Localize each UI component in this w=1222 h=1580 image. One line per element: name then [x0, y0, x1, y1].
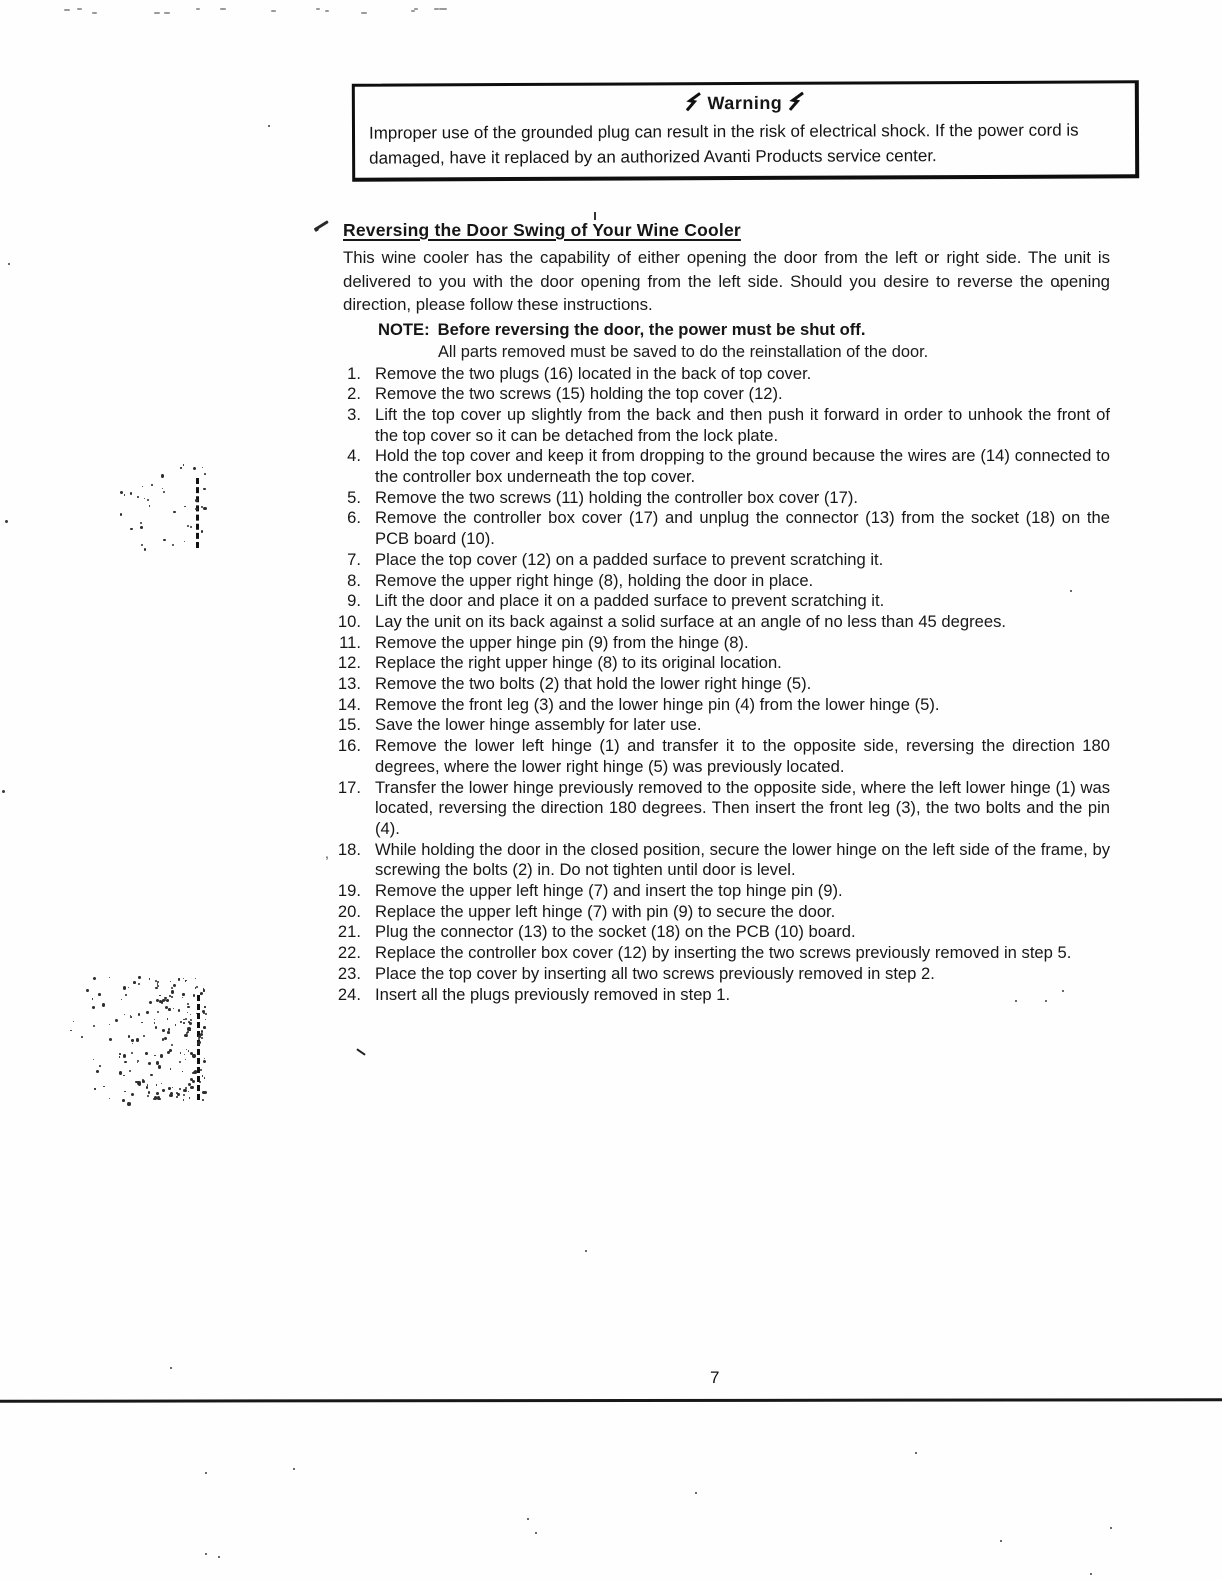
scan-speck	[183, 464, 184, 465]
scan-speck	[151, 484, 153, 486]
scan-speck	[203, 990, 205, 992]
scan-speck	[81, 1036, 83, 1038]
scan-speck	[185, 1059, 186, 1060]
scan-speck	[190, 1014, 191, 1015]
step-number: 1.	[337, 364, 361, 385]
scan-speck	[159, 1000, 162, 1003]
scan-speck	[165, 1006, 168, 1009]
scan-speck	[158, 1065, 161, 1068]
scan-speck	[135, 1081, 138, 1084]
scan-speck	[1090, 1573, 1092, 1575]
instruction-step: 19.Remove the upper left hinge (7) and i…	[337, 881, 1110, 902]
scan-speck	[190, 1086, 193, 1089]
scan-speck	[92, 998, 94, 1000]
warning-title: Warning	[355, 89, 1135, 116]
scan-speck	[168, 1087, 171, 1090]
scan-speck	[189, 1022, 192, 1025]
scan-speck	[155, 980, 157, 982]
scan-speck	[129, 1070, 131, 1072]
scan-speck	[183, 1089, 187, 1093]
scan-speck	[157, 981, 160, 984]
scan-speck	[195, 508, 198, 511]
scan-speck	[202, 1010, 205, 1013]
scan-speck	[73, 1021, 74, 1022]
scan-speck	[147, 1095, 149, 1097]
scan-speck	[137, 496, 139, 498]
scan-speck	[176, 1092, 178, 1094]
scan-speck	[193, 467, 196, 470]
scan-speck	[199, 1081, 201, 1083]
step-text: Remove the front leg (3) and the lower h…	[375, 695, 1110, 716]
scan-speck	[109, 977, 110, 978]
section-heading: Reversing the Door Swing of Your Wine Co…	[343, 220, 741, 241]
scan-dash	[271, 10, 277, 12]
step-text: Place the top cover by inserting all two…	[375, 964, 1110, 985]
scan-speck	[188, 1021, 190, 1023]
step-text: Plug the connector (13) to the socket (1…	[375, 922, 1110, 943]
scan-speck	[115, 1019, 118, 1022]
scan-speck	[194, 1070, 197, 1073]
scan-speck	[186, 1049, 187, 1050]
instruction-step: 11.Remove the upper hinge pin (9) from t…	[337, 633, 1110, 654]
scan-dash	[154, 12, 161, 14]
scan-speck	[171, 1044, 173, 1046]
section-reversing-door: Reversing the Door Swing of Your Wine Co…	[343, 220, 1110, 1005]
scan-speck	[184, 506, 186, 508]
scan-speck	[169, 1094, 172, 1097]
note-text: Before reversing the door, the power mus…	[438, 320, 866, 339]
scan-speck	[86, 989, 89, 992]
scan-dash	[164, 12, 170, 14]
step-number: 10.	[337, 612, 361, 633]
step-text: Replace the upper left hinge (7) with pi…	[375, 902, 1110, 923]
scan-speck	[159, 995, 161, 997]
scan-speck	[204, 1058, 205, 1059]
scan-speck	[182, 997, 183, 998]
instruction-step: 14.Remove the front leg (3) and the lowe…	[337, 695, 1110, 716]
scan-speck	[168, 1008, 171, 1011]
scan-speck	[137, 1062, 138, 1063]
scan-speck	[188, 1050, 190, 1052]
scan-speck	[166, 999, 169, 1002]
scan-speck	[131, 1039, 133, 1041]
scan-speck	[162, 1038, 165, 1041]
scan-speck	[132, 1043, 133, 1044]
scan-speck	[5, 520, 8, 523]
scan-dash	[64, 9, 69, 11]
scan-speck	[183, 1094, 185, 1096]
step-number: 2.	[337, 384, 361, 405]
scan-speck	[154, 1019, 155, 1020]
scan-speck	[185, 1087, 187, 1089]
scan-speck	[185, 980, 187, 982]
scan-speck	[140, 526, 143, 529]
scan-speck	[102, 1003, 106, 1007]
scan-speck	[136, 1038, 139, 1041]
step-text: Replace the right upper hinge (8) to its…	[375, 653, 1110, 674]
scan-speck	[203, 507, 206, 510]
scan-speck	[198, 1035, 201, 1038]
scan-speck	[94, 1088, 95, 1089]
scan-dash	[414, 8, 418, 10]
scan-speck	[133, 981, 136, 984]
step-number: 14.	[337, 695, 361, 716]
scan-speck	[203, 1012, 205, 1014]
step-text: Hold the top cover and keep it from drop…	[375, 446, 1110, 487]
step-number: 21.	[337, 922, 361, 943]
scan-speck	[96, 1070, 99, 1073]
scan-speck	[204, 1091, 207, 1094]
scan-speck	[202, 467, 203, 468]
step-number: 19.	[337, 881, 361, 902]
scan-speck	[147, 1084, 148, 1085]
scan-speck	[198, 1038, 200, 1040]
scan-stroke-mark	[356, 1048, 365, 1055]
instruction-step: 22.Replace the controller box cover (12)…	[337, 943, 1110, 964]
step-text: Replace the controller box cover (12) by…	[375, 943, 1110, 964]
scan-speck	[201, 530, 203, 532]
scan-speck	[167, 1018, 169, 1020]
scan-speck	[99, 1065, 101, 1067]
step-text: Remove the controller box cover (17) and…	[375, 508, 1110, 549]
scan-fold-line	[197, 995, 203, 1100]
step-number: 18.	[337, 840, 361, 881]
scan-tick-mark	[314, 220, 328, 230]
scan-speck	[157, 1011, 159, 1013]
scan-speck	[178, 1009, 181, 1012]
scan-speck	[120, 513, 122, 515]
scan-speck	[146, 1011, 149, 1014]
scan-speck	[164, 997, 167, 1000]
scan-speck	[196, 1013, 197, 1014]
instruction-step: 10.Lay the unit on its back against a so…	[337, 612, 1110, 633]
step-text: Transfer the lower hinge previously remo…	[375, 778, 1110, 840]
scan-speck	[157, 1096, 160, 1099]
scan-speck	[156, 1092, 159, 1095]
scan-speck	[162, 999, 165, 1002]
scan-speck	[203, 1026, 206, 1029]
scan-speck	[205, 1472, 207, 1474]
scan-speck	[137, 1060, 139, 1062]
scan-speck	[182, 1071, 183, 1072]
scan-speck	[195, 978, 196, 979]
scan-speck	[293, 1468, 295, 1470]
scan-speck	[193, 1071, 197, 1075]
scan-speck	[163, 539, 166, 542]
step-number: 23.	[337, 964, 361, 985]
scan-speck	[161, 1083, 162, 1084]
scan-speck	[131, 1093, 134, 1096]
note-line: NOTE:Before reversing the door, the powe…	[378, 320, 1110, 340]
scan-speck	[202, 1099, 204, 1101]
scan-speck	[119, 1056, 120, 1057]
scan-speck	[147, 499, 150, 502]
scan-speck	[124, 494, 126, 496]
scan-speck	[140, 522, 142, 524]
scan-speck	[202, 1091, 205, 1094]
step-number: 5.	[337, 488, 361, 509]
step-text: Lift the top cover up slightly from the …	[375, 405, 1110, 446]
scan-speck	[172, 544, 174, 546]
instruction-step: 17.Transfer the lower hinge previously r…	[337, 778, 1110, 840]
scan-speck	[184, 1054, 185, 1055]
scan-dash	[439, 8, 443, 10]
scan-speck	[156, 1084, 157, 1085]
scan-speck	[2, 790, 5, 793]
scan-speck	[184, 541, 186, 543]
scan-speck	[123, 986, 126, 989]
scan-speck	[175, 1024, 176, 1025]
scan-speck	[200, 1069, 202, 1071]
step-number: 17.	[337, 778, 361, 840]
scan-speck	[127, 1102, 130, 1105]
scan-speck	[121, 999, 122, 1000]
scan-comma-mark: ,	[325, 845, 329, 861]
lightning-bolt-icon	[789, 92, 804, 116]
scan-speck	[218, 1556, 220, 1558]
scan-speck	[173, 511, 175, 513]
scan-speck	[119, 1053, 121, 1055]
scan-speck	[70, 1030, 72, 1032]
scan-caret-mark	[594, 212, 596, 220]
scan-speck	[187, 1031, 189, 1033]
scan-speck	[130, 492, 133, 495]
scan-speck	[98, 993, 101, 996]
scan-speck	[138, 983, 140, 985]
scan-speck	[205, 1013, 207, 1015]
instruction-step: 12.Replace the right upper hinge (8) to …	[337, 653, 1110, 674]
scan-speck	[197, 1042, 200, 1045]
scan-speck	[146, 1086, 148, 1088]
scan-speck	[143, 1035, 146, 1038]
scan-speck	[194, 1071, 197, 1074]
scan-speck	[157, 983, 158, 984]
instruction-step: 2.Remove the two screws (15) holding the…	[337, 384, 1110, 405]
scan-speck	[190, 1078, 194, 1082]
scan-speck	[162, 488, 164, 490]
scan-speck	[178, 978, 181, 981]
step-number: 7.	[337, 550, 361, 571]
scan-speck	[142, 1080, 145, 1083]
scan-speck	[184, 1034, 187, 1037]
step-number: 20.	[337, 902, 361, 923]
scan-dash	[77, 8, 82, 10]
instruction-step: 4.Hold the top cover and keep it from dr…	[337, 446, 1110, 487]
instruction-step: 8.Remove the upper right hinge (8), hold…	[337, 571, 1110, 592]
scan-speck	[163, 491, 165, 493]
step-text: Remove the upper right hinge (8), holdin…	[375, 571, 1110, 592]
step-text: Lift the door and place it on a padded s…	[375, 591, 1110, 612]
scan-speck	[122, 1099, 125, 1102]
instruction-step: 3.Lift the top cover up slightly from th…	[337, 405, 1110, 446]
step-number: 24.	[337, 985, 361, 1006]
scan-speck	[154, 1055, 155, 1056]
scan-speck	[695, 1492, 697, 1494]
scan-speck	[128, 987, 129, 988]
instruction-step: 9.Lift the door and place it on a padded…	[337, 591, 1110, 612]
scan-speck	[201, 1030, 203, 1032]
step-number: 6.	[337, 508, 361, 549]
step-text: While holding the door in the closed pos…	[375, 840, 1110, 881]
warning-box: Warning Improper use of the grounded plu…	[352, 80, 1139, 181]
scan-dash	[411, 10, 416, 12]
scan-speck	[193, 994, 196, 997]
instruction-step: 21.Plug the connector (13) to the socket…	[337, 922, 1110, 943]
scan-speck	[162, 1029, 165, 1032]
scan-speck	[123, 1054, 126, 1057]
step-text: Remove the upper hinge pin (9) from the …	[375, 633, 1110, 654]
scan-speck	[141, 1022, 143, 1024]
step-text: Save the lower hinge assembly for later …	[375, 715, 1110, 736]
scan-speck	[1000, 1540, 1002, 1542]
scan-speck	[154, 1096, 157, 1099]
scan-speck	[585, 1250, 587, 1252]
scan-speck	[125, 994, 127, 996]
scan-speck	[145, 1052, 148, 1055]
scan-speck	[153, 1098, 155, 1100]
scan-speck	[187, 1003, 189, 1005]
instruction-step: 6.Remove the controller box cover (17) a…	[337, 508, 1110, 549]
scan-speck	[167, 1031, 170, 1034]
scan-speck	[179, 979, 180, 980]
instruction-step: 20.Replace the upper left hinge (7) with…	[337, 902, 1110, 923]
scan-speck	[109, 1024, 110, 1025]
scan-speck	[180, 1052, 182, 1054]
scan-speck	[170, 1068, 172, 1070]
scan-speck	[141, 544, 143, 546]
scan-speck	[183, 1022, 185, 1024]
scan-speck	[144, 548, 147, 551]
scan-speck	[124, 1014, 125, 1015]
scan-speck	[202, 1075, 204, 1077]
instruction-step: 23.Place the top cover by inserting all …	[337, 964, 1110, 985]
scan-speck	[200, 992, 203, 995]
instruction-steps: 1.Remove the two plugs (16) located in t…	[337, 364, 1110, 1006]
step-number: 12.	[337, 653, 361, 674]
scan-speck	[198, 1041, 201, 1044]
scan-speck	[185, 1018, 187, 1020]
step-text: Remove the two plugs (16) located in the…	[375, 364, 1110, 385]
scan-speck	[204, 473, 206, 475]
scan-speck	[93, 977, 96, 980]
scan-speck	[185, 980, 187, 982]
scan-speck	[182, 1071, 183, 1072]
scan-speck	[182, 993, 184, 995]
step-text: Lay the unit on its back against a solid…	[375, 612, 1110, 633]
scan-speck	[149, 978, 150, 979]
scan-speck	[158, 1098, 160, 1100]
step-text: Remove the two screws (15) holding the t…	[375, 384, 1110, 405]
step-text: Remove the upper left hinge (7) and inse…	[375, 881, 1110, 902]
note-subtext: All parts removed must be saved to do th…	[438, 343, 1110, 362]
warning-body-text: Improper use of the grounded plug can re…	[369, 117, 1121, 170]
scan-speck	[190, 526, 193, 529]
scan-speck	[124, 1091, 125, 1092]
scan-speck	[120, 491, 123, 494]
step-text: Place the top cover (12) on a padded sur…	[375, 550, 1110, 571]
step-number: 13.	[337, 674, 361, 695]
scan-dash	[220, 8, 226, 10]
instruction-step: 18.While holding the door in the closed …	[337, 840, 1110, 881]
scan-speck	[131, 1052, 133, 1054]
footer-rule	[0, 1398, 1222, 1402]
scan-speck	[171, 987, 173, 989]
scan-speck	[200, 1033, 203, 1036]
scan-fold-line	[196, 478, 202, 548]
step-text: Remove the two screws (11) holding the c…	[375, 488, 1110, 509]
scan-speck	[203, 989, 206, 992]
scan-speck	[186, 1032, 188, 1034]
scan-speck	[103, 1086, 105, 1088]
scan-speck	[188, 1083, 191, 1086]
scan-speck	[156, 999, 159, 1002]
scan-dash	[92, 12, 97, 14]
scan-speck	[187, 525, 189, 527]
scan-speck	[109, 1098, 110, 1099]
scan-speck	[201, 1037, 203, 1039]
step-text: Remove the lower left hinge (1) and tran…	[375, 736, 1110, 777]
scan-speck	[183, 978, 184, 979]
scan-speck	[169, 995, 171, 997]
instruction-step: 16.Remove the lower left hinge (1) and t…	[337, 736, 1110, 777]
scan-speck	[155, 987, 157, 989]
scan-speck	[144, 498, 145, 499]
scan-speck	[173, 984, 176, 987]
scan-speck	[188, 1091, 189, 1092]
step-number: 11.	[337, 633, 361, 654]
step-text: Remove the two bolts (2) that hold the l…	[375, 674, 1110, 695]
scan-speck	[176, 1096, 178, 1098]
step-number: 16.	[337, 736, 361, 777]
step-number: 15.	[337, 715, 361, 736]
scan-speck	[183, 1099, 185, 1101]
scan-speck	[179, 1061, 181, 1063]
scan-speck	[169, 1049, 172, 1052]
scan-speck	[124, 1061, 127, 1064]
scan-speck	[196, 986, 198, 988]
scan-speck	[180, 467, 181, 468]
scan-speck	[177, 1093, 180, 1096]
scan-speck	[200, 993, 202, 995]
scan-speck	[155, 1026, 158, 1029]
scan-speck	[203, 488, 205, 490]
scan-speck	[130, 528, 132, 530]
scan-dash	[361, 12, 367, 14]
scan-speck	[180, 1021, 182, 1023]
lightning-bolt-icon	[685, 92, 700, 116]
scan-speck	[8, 263, 10, 265]
scan-speck	[138, 976, 140, 978]
scan-speck	[192, 1072, 194, 1074]
scan-speck	[148, 1062, 151, 1065]
step-number: 4.	[337, 446, 361, 487]
scan-speck	[123, 1075, 125, 1077]
scan-speck	[148, 1091, 150, 1093]
scan-speck	[915, 1452, 917, 1454]
scan-speck	[170, 981, 171, 982]
warning-title-text: Warning	[707, 92, 782, 113]
scan-speck	[173, 1008, 174, 1009]
instruction-step: 1.Remove the two plugs (16) located in t…	[337, 364, 1110, 385]
scan-speck	[190, 1052, 193, 1055]
scan-speck	[142, 1079, 144, 1081]
scan-speck	[195, 499, 198, 502]
scan-speck	[170, 1092, 173, 1095]
scan-speck	[203, 988, 205, 990]
scan-speck	[187, 1027, 191, 1031]
scan-speck	[187, 1006, 189, 1008]
scan-speck	[190, 1019, 192, 1021]
